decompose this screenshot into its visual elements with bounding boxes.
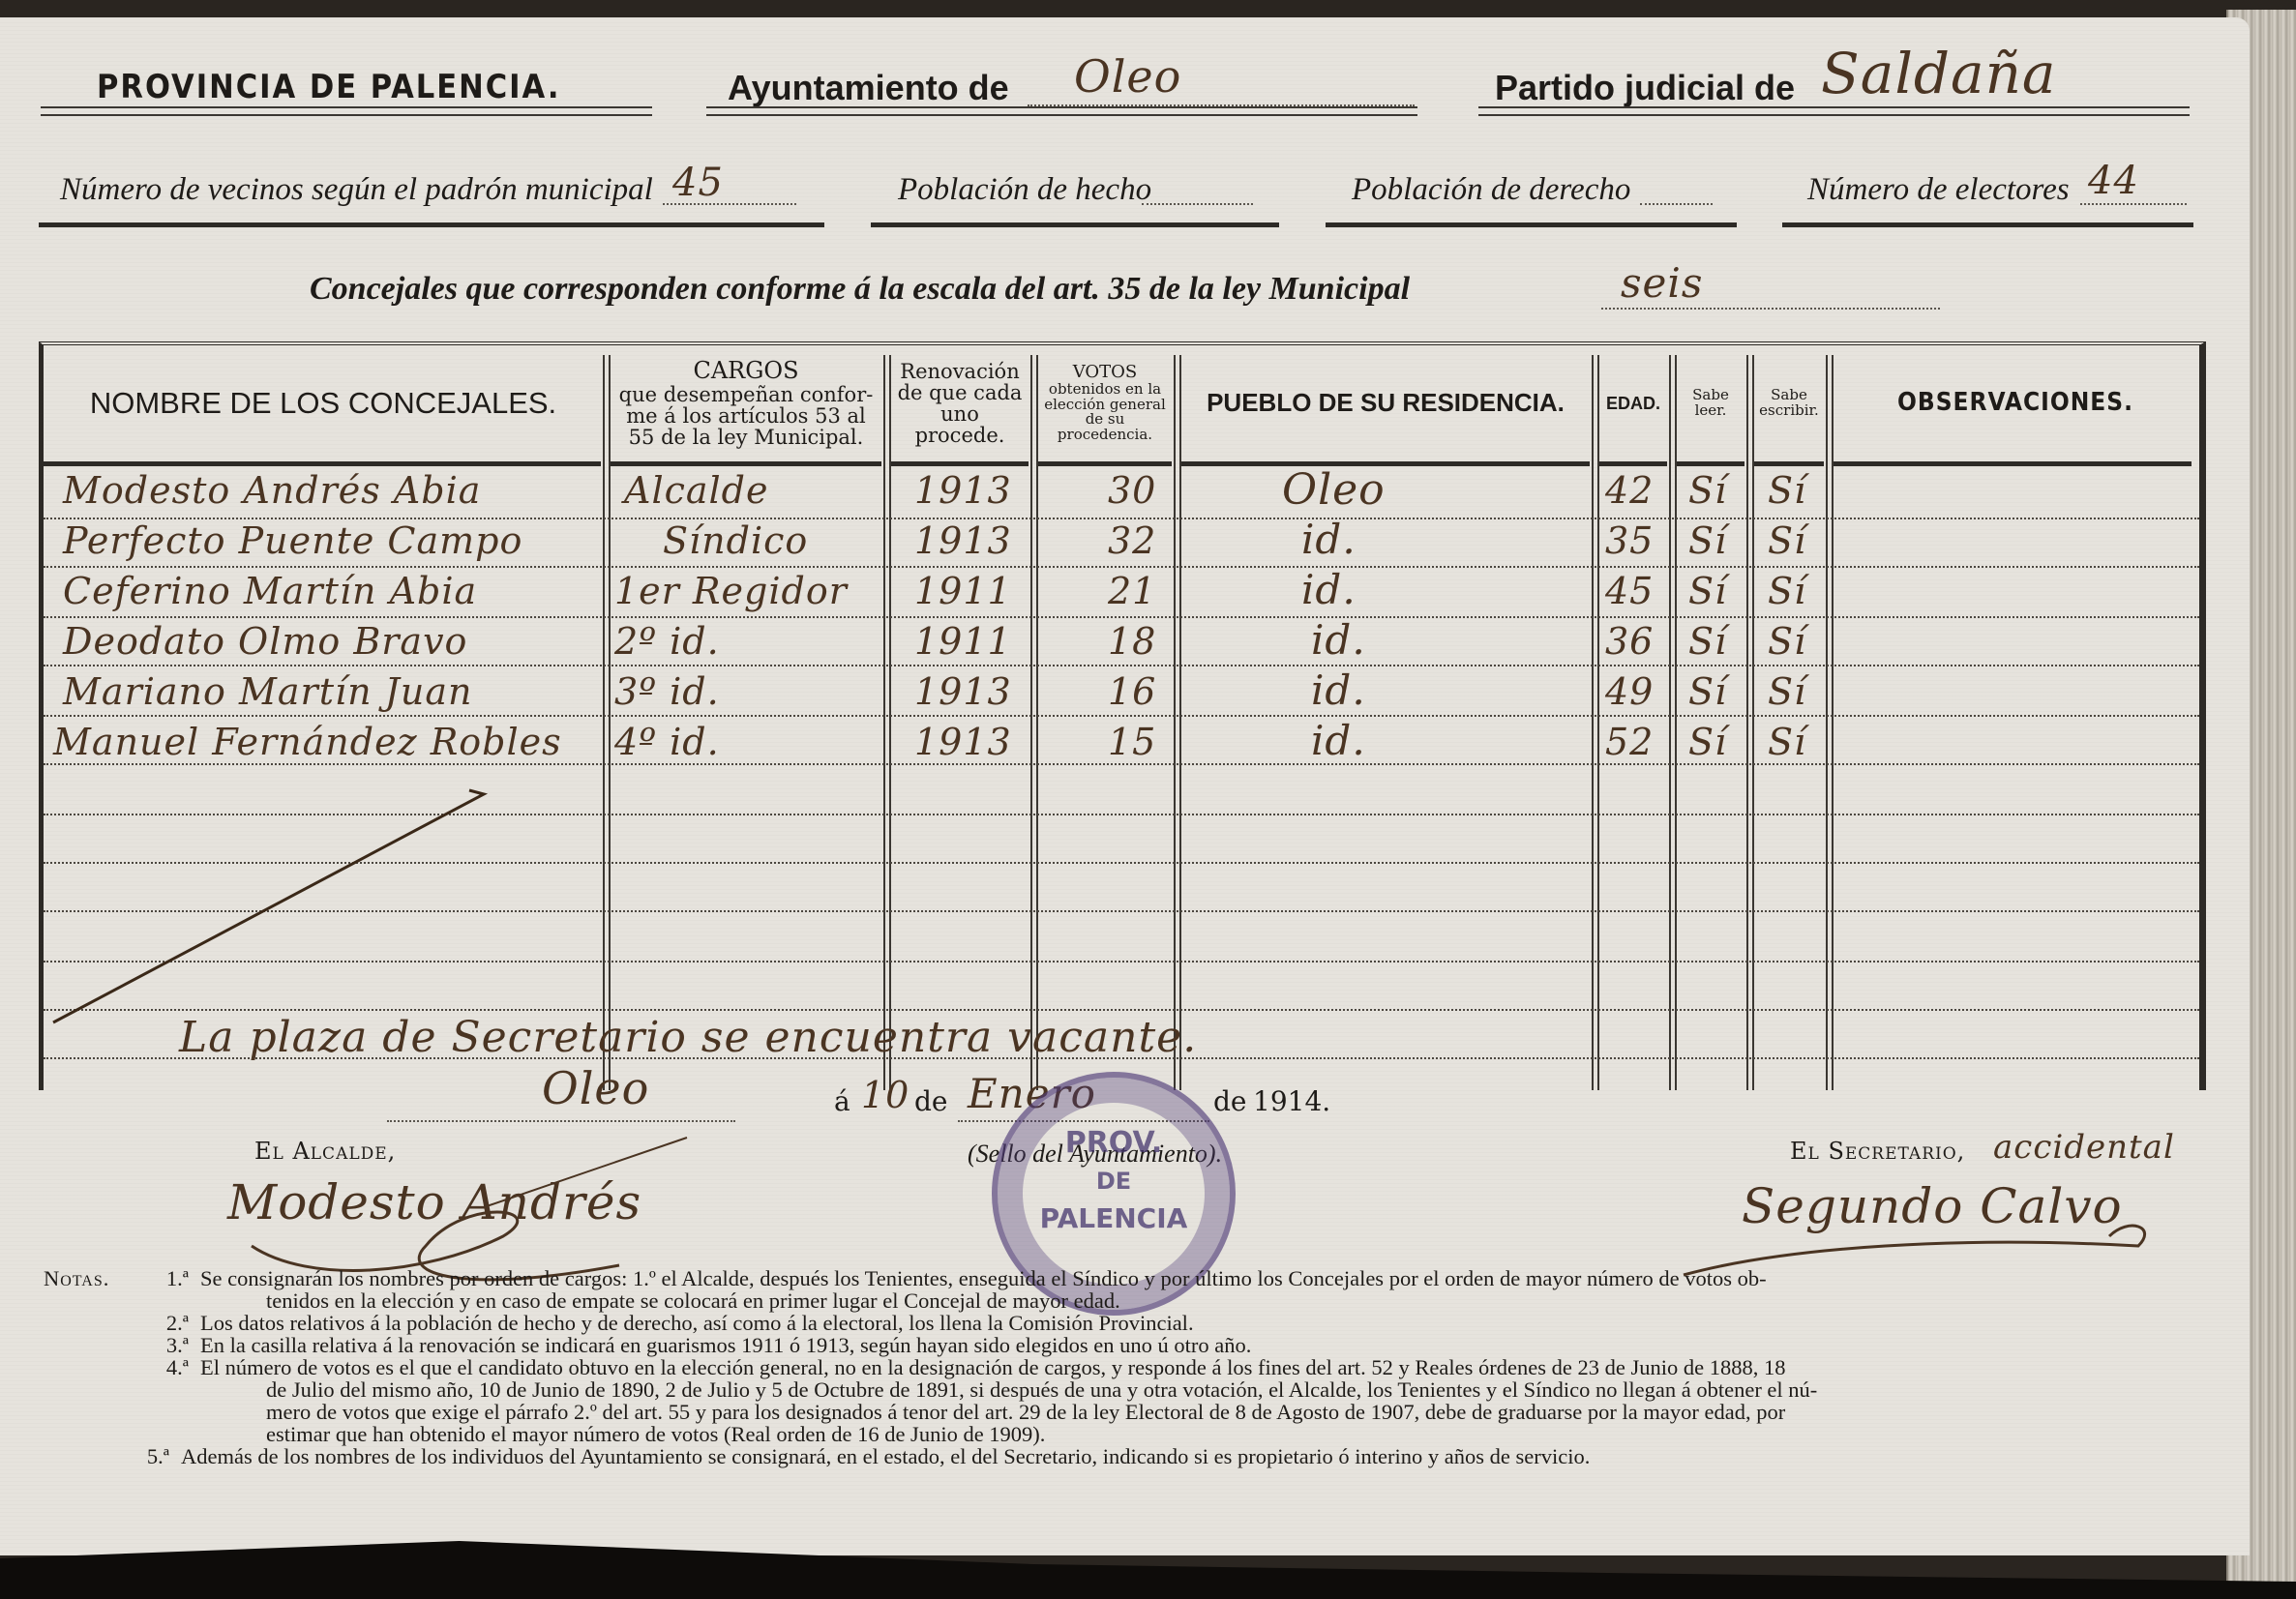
row-line	[44, 665, 2199, 666]
cell-pueblo: id.	[1311, 616, 1366, 664]
cell-cargo: Síndico	[663, 519, 808, 562]
concejales-escala-value: seis	[1601, 259, 1940, 310]
cell-nombre: Manuel Fernández Robles	[53, 721, 562, 763]
signature-flourish-icon	[232, 1130, 697, 1285]
note-item: 5.ª Además de los nombres de los individ…	[44, 1445, 2211, 1467]
cell-renovacion: 1913	[914, 469, 1012, 512]
document-page: PROVINCIA DE PALENCIA. Ayuntamiento de O…	[0, 17, 2250, 1555]
column-divider	[1174, 355, 1181, 1090]
cell-edad: 52	[1605, 721, 1654, 763]
partido-judicial-value: Saldaña	[1792, 41, 2179, 108]
column-divider	[1030, 355, 1038, 1090]
stamp-text: DE	[998, 1168, 1230, 1195]
divider	[41, 106, 652, 116]
divider	[706, 106, 1417, 116]
ayuntamiento-value: Oleo	[1028, 50, 1415, 106]
cell-sabe-escribir: Sí	[1768, 620, 1806, 663]
note-text: Además de los nombres de los individuos …	[181, 1445, 2211, 1467]
column-divider	[1746, 355, 1754, 1090]
note-number: 3.ª	[131, 1334, 200, 1356]
cell-nombre: Deodato Olmo Bravo	[63, 620, 467, 663]
row-line	[44, 566, 2199, 568]
column-divider	[883, 355, 891, 1090]
header-rule	[1677, 461, 1744, 466]
header-cargos-sub: que desempeñan confor- me á los artículo…	[609, 384, 883, 448]
note-item: 2.ª Los datos relativos á la población d…	[44, 1312, 2211, 1334]
cell-sabe-leer: Sí	[1688, 469, 1727, 512]
cell-votos: 16	[1108, 670, 1156, 713]
cell-renovacion: 1913	[914, 721, 1012, 763]
note-text: Los datos relativos á la población de he…	[200, 1312, 2211, 1334]
cell-sabe-leer: Sí	[1688, 721, 1727, 763]
column-divider	[603, 355, 611, 1090]
cell-renovacion: 1911	[914, 570, 1012, 612]
date-a: á	[834, 1085, 850, 1117]
cell-pueblo: id.	[1311, 666, 1366, 714]
cell-sabe-leer: Sí	[1688, 670, 1727, 713]
cell-votos: 18	[1108, 620, 1156, 663]
cell-nombre: Mariano Martín Juan	[63, 670, 473, 713]
vecinos-label: Número de vecinos según el padrón munici…	[60, 172, 653, 208]
note-number: 4.ª	[131, 1356, 200, 1378]
date-year: 1914.	[1253, 1085, 1330, 1117]
notes-label: Notas.	[44, 1267, 131, 1289]
concejales-escala-label: Concejales que corresponden conforme á l…	[310, 271, 1410, 308]
note-text: estimar que han obtenido el mayor número…	[44, 1423, 2211, 1445]
ayuntamiento-label: Ayuntamiento de	[728, 68, 1009, 108]
cell-sabe-escribir: Sí	[1768, 721, 1806, 763]
divider	[871, 222, 1279, 227]
note-number: 2.ª	[131, 1312, 200, 1334]
divider	[1782, 222, 2193, 227]
cell-sabe-leer: Sí	[1688, 620, 1727, 663]
divider	[1326, 222, 1737, 227]
header-rule	[1599, 461, 1667, 466]
note-text: El número de votos es el que el candidat…	[200, 1356, 2211, 1378]
cell-sabe-escribir: Sí	[1768, 670, 1806, 713]
header-votos-sub: obtenidos en la elección general de su p…	[1036, 382, 1174, 443]
header-renovacion: Renovación de que cada uno procede.	[889, 345, 1030, 461]
column-divider	[1592, 355, 1599, 1090]
cell-sabe-escribir: Sí	[1768, 469, 1806, 512]
cell-sabe-leer: Sí	[1688, 570, 1727, 612]
header-edad: EDAD.	[1597, 345, 1669, 461]
cell-edad: 35	[1605, 519, 1654, 562]
cell-renovacion: 1913	[914, 670, 1012, 713]
secretario-vacante-note: La plaza de Secretario se encuentra vaca…	[179, 1013, 1197, 1062]
cell-pueblo: id.	[1301, 516, 1357, 563]
cell-renovacion: 1911	[914, 620, 1012, 663]
poblacion-derecho-label: Población de derecho	[1352, 172, 1630, 208]
header-rule	[1038, 461, 1172, 466]
column-divider	[1826, 355, 1834, 1090]
note-text: En la casilla relativa á la renovación s…	[200, 1334, 2211, 1356]
header-rule	[891, 461, 1029, 466]
cancel-stroke-icon	[44, 781, 508, 1032]
cell-cargo: 3º id.	[614, 670, 720, 713]
stamp-text: PROV.	[998, 1126, 1230, 1160]
poblacion-derecho-value	[1640, 184, 1713, 205]
cell-renovacion: 1913	[914, 519, 1012, 562]
note-text: tenidos en la elección y en caso de empa…	[44, 1289, 2211, 1312]
date-de2: de	[1213, 1085, 1247, 1117]
note-text: de Julio del mismo año, 10 de Junio de 1…	[44, 1378, 2211, 1401]
cell-cargo: 4º id.	[614, 721, 720, 763]
cell-cargo: Alcalde	[624, 469, 769, 512]
header-votos: VOTOS obtenidos en la elección general d…	[1036, 345, 1174, 461]
header-rule	[44, 461, 601, 466]
cell-edad: 36	[1605, 620, 1654, 663]
note-item: 3.ª En la casilla relativa á la renovaci…	[44, 1334, 2211, 1356]
cell-cargo: 2º id.	[614, 620, 720, 663]
concejales-table: NOMBRE DE LOS CONCEJALES. CARGOS que des…	[39, 341, 2206, 1090]
column-divider	[1669, 355, 1677, 1090]
header-nombre: NOMBRE DE LOS CONCEJALES.	[44, 345, 603, 461]
cell-sabe-escribir: Sí	[1768, 570, 1806, 612]
date-day: 10	[861, 1074, 909, 1116]
divider	[39, 222, 824, 227]
note-text: Se consignarán los nombres por orden de …	[200, 1267, 2211, 1289]
cell-pueblo: Oleo	[1282, 465, 1386, 515]
note-item: Notas. 1.ª Se consignarán los nombres po…	[44, 1267, 2211, 1289]
cell-nombre: Perfecto Puente Campo	[63, 519, 522, 562]
cell-votos: 21	[1108, 570, 1156, 612]
secretario-note: accidental	[1993, 1128, 2175, 1167]
cell-edad: 42	[1605, 469, 1654, 512]
header-pueblo: PUEBLO DE SU RESIDENCIA.	[1179, 345, 1592, 461]
row-line	[44, 715, 2199, 717]
secretario-label: El Secretario,	[1790, 1138, 1965, 1165]
header-observaciones: OBSERVACIONES.	[1832, 345, 2199, 461]
header-sabe-escribir: Sabe escribir.	[1752, 345, 1826, 461]
province-title: PROVINCIA DE PALENCIA.	[97, 68, 560, 106]
cell-nombre: Modesto Andrés Abia	[63, 469, 481, 512]
poblacion-hecho-label: Población de hecho	[898, 172, 1151, 208]
partido-judicial-label: Partido judicial de	[1495, 68, 1795, 108]
cell-sabe-escribir: Sí	[1768, 519, 1806, 562]
date-de1: de	[914, 1085, 948, 1117]
header-cargos-title: CARGOS	[693, 359, 798, 383]
electores-value: 44	[2080, 159, 2187, 205]
date-place: Oleo	[542, 1062, 649, 1114]
row-line	[44, 616, 2199, 618]
notes-section: Notas. 1.ª Se consignarán los nombres po…	[44, 1267, 2211, 1467]
cell-pueblo: id.	[1311, 717, 1366, 764]
cell-votos: 30	[1108, 469, 1156, 512]
row-line	[44, 763, 2199, 765]
cell-cargo: 1er Regidor	[614, 570, 848, 612]
cell-edad: 49	[1605, 670, 1654, 713]
header-sabe-leer: Sabe leer.	[1675, 345, 1746, 461]
note-number: 5.ª	[111, 1445, 181, 1467]
header-rule	[1181, 461, 1590, 466]
cell-pueblo: id.	[1301, 566, 1357, 613]
header-cargos: CARGOS que desempeñan confor- me á los a…	[609, 345, 883, 461]
electores-label: Número de electores	[1807, 172, 2070, 208]
cell-votos: 32	[1108, 519, 1156, 562]
vecinos-value: 45	[663, 161, 796, 205]
header-rule	[611, 461, 881, 466]
divider	[1478, 106, 2190, 116]
header-rule	[1754, 461, 1824, 466]
poblacion-hecho-value	[1142, 184, 1253, 205]
cell-votos: 15	[1108, 721, 1156, 763]
note-text: mero de votos que exige el párrafo 2.º d…	[44, 1401, 2211, 1423]
note-item: 4.ª El número de votos es el que el cand…	[44, 1356, 2211, 1378]
stamp-text: PALENCIA	[998, 1202, 1230, 1234]
cell-sabe-leer: Sí	[1688, 519, 1727, 562]
cell-edad: 45	[1605, 570, 1654, 612]
note-number: 1.ª	[131, 1267, 200, 1289]
header-rule	[1834, 461, 2192, 466]
cell-nombre: Ceferino Martín Abia	[63, 570, 477, 612]
